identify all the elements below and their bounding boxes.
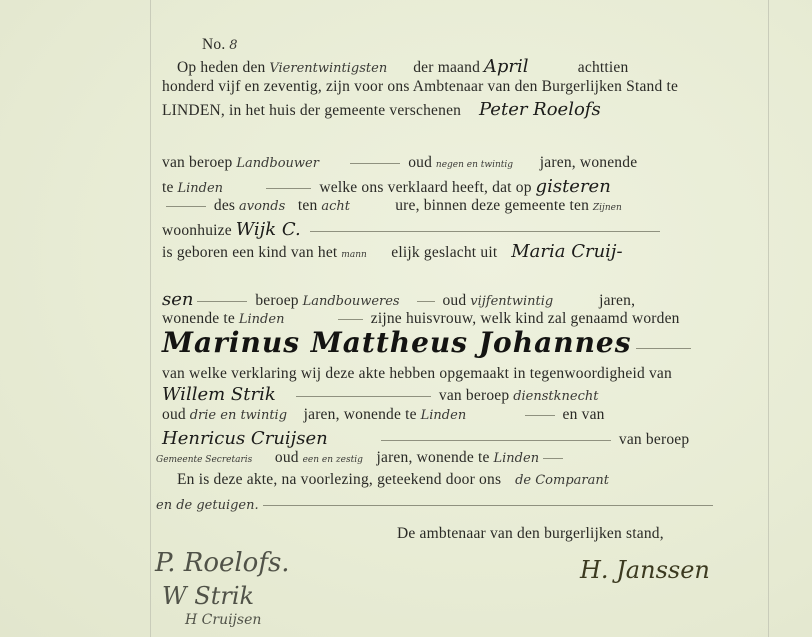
- text: is geboren een kind van het: [162, 244, 337, 261]
- line-9: sen beroep Landbouweres oud vijfentwinti…: [162, 289, 635, 310]
- text: En is deze akte, na voorlezing, geteeken…: [177, 471, 501, 488]
- line-11: Marinus Mattheus Johannes: [162, 326, 695, 359]
- handwritten-mother-name-cont: sen: [162, 289, 193, 310]
- text: en van: [563, 406, 605, 423]
- signature-father: P. Roelofs.: [155, 548, 290, 578]
- text: van beroep: [439, 387, 509, 404]
- handwritten-mother-name: Maria Cruij-: [511, 241, 622, 262]
- text: van beroep: [162, 154, 232, 171]
- signature-official: H. Janssen: [580, 556, 710, 584]
- handwritten-place: Linden: [177, 181, 262, 196]
- handwritten-occupation: Gemeente Secretaris: [156, 455, 271, 465]
- line-17: En is deze akte, na voorlezing, geteeken…: [177, 471, 609, 489]
- handwritten-age: een en zestig: [303, 455, 373, 465]
- margin-line-right: [768, 0, 769, 637]
- handwritten-age: vijfentwintig: [470, 294, 595, 309]
- text: des: [214, 197, 235, 214]
- text: jaren, wonende te: [304, 406, 417, 423]
- text: welke ons verklaard heeft, dat op: [319, 179, 531, 196]
- line-18: en de getuigen.: [156, 496, 717, 514]
- line-14: oud drie en twintig jaren, wonende te Li…: [162, 406, 605, 424]
- line-15: Henricus Cruijsen van beroep: [162, 428, 689, 449]
- handwritten-signers-cont: en de getuigen.: [156, 498, 259, 513]
- line-3: LINDEN, in het huis der gemeente versche…: [162, 99, 601, 120]
- handwritten-occupation: Landbouwer: [236, 156, 346, 171]
- text: oud: [275, 449, 299, 466]
- line-4: van beroep Landbouwer oud negen en twint…: [162, 154, 637, 172]
- official-caption: De ambtenaar van den burgerlijken stand,: [397, 525, 664, 542]
- text: ure, binnen deze gemeente ten: [395, 197, 589, 214]
- handwritten-day: Vierentwintigsten: [269, 61, 409, 76]
- text: elijk geslacht uit: [391, 244, 497, 261]
- text: van welke verklaring wij deze akte hebbe…: [162, 365, 672, 382]
- handwritten-witness1: Willem Strik: [162, 384, 292, 405]
- handwritten-age: negen en twintig: [436, 160, 536, 170]
- text: jaren, wonende: [540, 154, 637, 171]
- handwritten-possessive: Zijnen: [593, 203, 622, 213]
- handwritten-hour: acht: [321, 199, 391, 214]
- line-1: Op heden den Vierentwintigsten der maand…: [177, 56, 628, 77]
- text: jaren, wonende te: [376, 449, 489, 466]
- handwritten-occupation: Landbouweres: [303, 294, 413, 309]
- handwritten-witness2: Henricus Cruijsen: [162, 428, 377, 449]
- text: oud: [408, 154, 432, 171]
- text: oud: [442, 292, 466, 309]
- line-19: De ambtenaar van den burgerlijken stand,: [397, 525, 664, 543]
- handwritten-child-name: Marinus Mattheus Johannes: [162, 326, 632, 359]
- text: van beroep: [619, 431, 689, 448]
- handwritten-place: Linden: [421, 408, 521, 423]
- text: te: [162, 179, 174, 196]
- text: oud: [162, 406, 186, 423]
- line-6: des avonds ten acht ure, binnen deze gem…: [162, 197, 622, 215]
- handwritten-father-name: Peter Roelofs: [479, 99, 601, 120]
- text: woonhuize: [162, 222, 232, 239]
- handwritten-day: gisteren: [536, 176, 611, 197]
- number-value: 8: [229, 38, 237, 53]
- margin-line-left: [150, 0, 151, 637]
- handwritten-house: Wijk C.: [236, 219, 306, 240]
- line-12: van welke verklaring wij deze akte hebbe…: [162, 365, 672, 383]
- signature-witness2: H Cruijsen: [185, 612, 261, 628]
- line-5: te Linden welke ons verklaard heeft, dat…: [162, 176, 611, 197]
- text: beroep: [255, 292, 298, 309]
- line-2: honderd vijf en zeventig, zijn voor ons …: [162, 78, 678, 96]
- text: der maand: [413, 59, 480, 76]
- line-16: Gemeente Secretaris oud een en zestig ja…: [156, 449, 567, 467]
- text: zijne huisvrouw, welk kind zal genaamd w…: [371, 310, 680, 327]
- text: jaren,: [599, 292, 635, 309]
- text: wonende te: [162, 310, 235, 327]
- text: achttien: [578, 59, 629, 76]
- line-13: Willem Strik van beroep dienstknecht: [162, 384, 598, 405]
- handwritten-occupation: dienstknecht: [513, 389, 598, 404]
- text-block: No. 8 Op heden den Vierentwintigsten der…: [162, 0, 762, 637]
- line-8: is geboren een kind van het mannelijk ge…: [162, 241, 623, 262]
- text: honderd vijf en zeventig, zijn voor ons …: [162, 78, 678, 95]
- text: ten: [298, 197, 318, 214]
- handwritten-place: Linden: [494, 451, 540, 466]
- text: Op heden den: [177, 59, 265, 76]
- handwritten-age: drie en twintig: [190, 408, 300, 423]
- line-7: woonhuize Wijk C.: [162, 219, 664, 240]
- signature-witness1: W Strik: [162, 582, 254, 610]
- handwritten-time: avonds: [239, 199, 294, 214]
- certificate-number: No. 8: [202, 36, 238, 54]
- handwritten-sex: mann: [341, 250, 391, 260]
- text: LINDEN, in het huis der gemeente versche…: [162, 102, 461, 119]
- number-label: No.: [202, 36, 225, 53]
- handwritten-month: April: [484, 56, 574, 77]
- handwritten-signers: de Comparant: [515, 473, 609, 488]
- handwritten-place: Linden: [239, 312, 334, 327]
